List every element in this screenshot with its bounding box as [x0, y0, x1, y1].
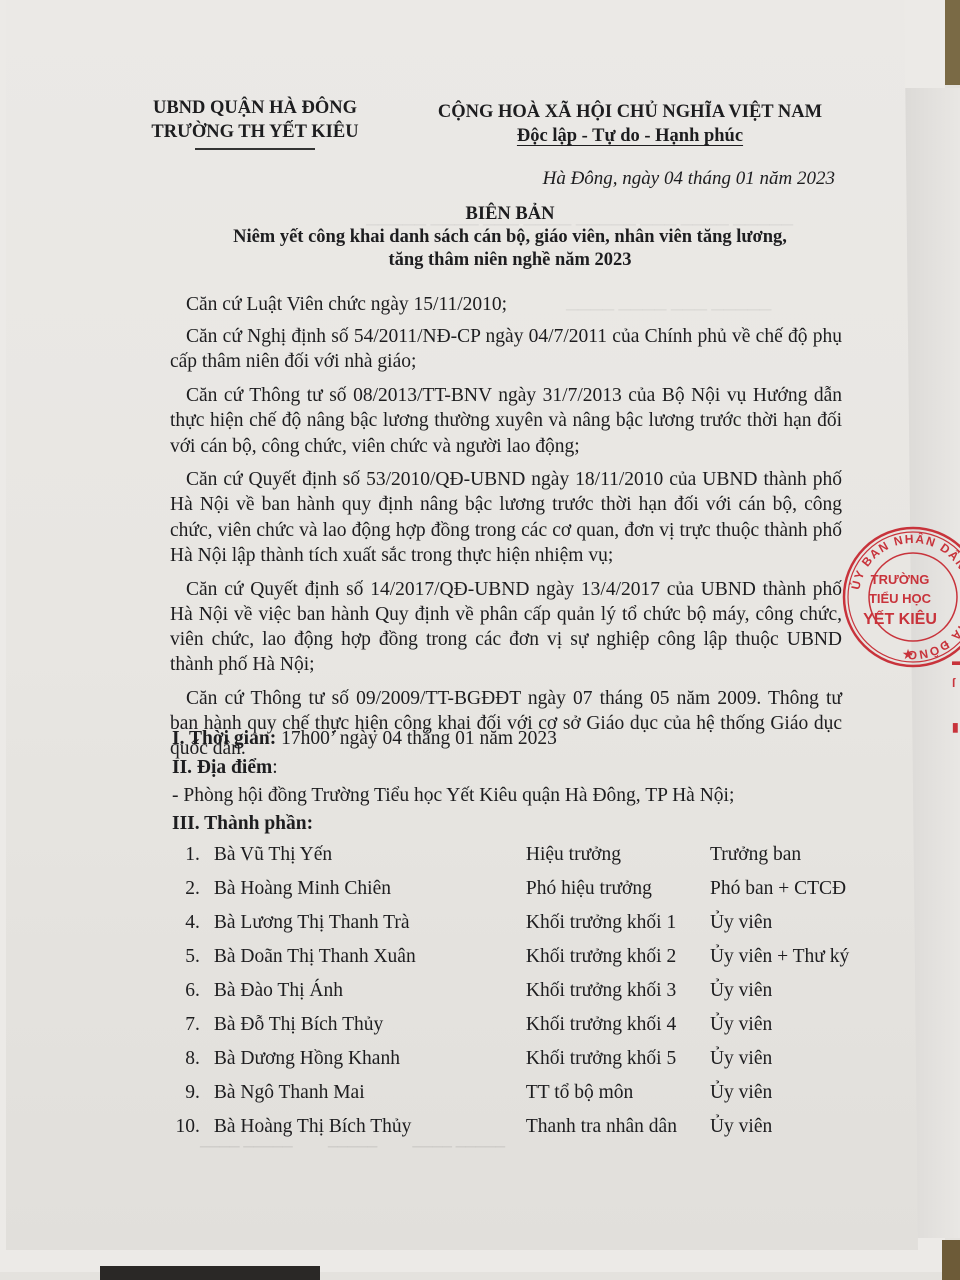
member-position: Khối trưởng khối 1	[526, 912, 710, 934]
member-row: 5.Bà Doãn Thị Thanh XuânKhối trưởng khối…	[165, 940, 865, 974]
nation-name: CỘNG HOÀ XÃ HỘI CHỦ NGHĨA VIỆT NAM	[410, 100, 850, 124]
members-list: 1.Bà Vũ Thị YếnHiệu trưởngTrưởng ban2.Bà…	[165, 838, 865, 1144]
subject-line-1: Niêm yết công khai danh sách cán bộ, giá…	[160, 226, 860, 249]
bleed-through-signatures: ───── ──── ───── ───── ────	[200, 1140, 505, 1156]
member-role: Ủy viên	[710, 912, 865, 934]
background-dark-object	[100, 1266, 320, 1280]
document-title: BIÊN BẢN Niêm yết công khai danh sách cá…	[160, 203, 860, 272]
member-role: Ủy viên	[710, 1048, 865, 1070]
doc-type: BIÊN BẢN	[160, 203, 860, 226]
time-value: 17h00’ ngày 04 tháng 01 năm 2023	[276, 728, 557, 749]
agency-underline	[195, 148, 315, 150]
stamp-line-3: YẾT KIÊU	[863, 609, 937, 628]
member-number: 1.	[165, 844, 206, 866]
member-row: 8.Bà Dương Hồng KhanhKhối trưởng khối 5Ủ…	[165, 1042, 865, 1076]
place-label: II. Địa điểm	[172, 757, 272, 778]
member-name: Bà Đỗ Thị Bích Thủy	[206, 1014, 526, 1036]
member-number: 5.	[165, 946, 206, 968]
member-number: 7.	[165, 1014, 206, 1036]
stamp-line-2: TIỂU HỌC	[869, 591, 932, 606]
section-place: II. Địa điểm:	[172, 757, 278, 779]
member-name: Bà Đào Thị Ánh	[206, 980, 526, 1002]
agency-line-1: UBND QUẬN HÀ ĐÔNG	[135, 96, 375, 120]
section-time: I. Thời gian: 17h00’ ngày 04 tháng 01 nă…	[172, 728, 557, 750]
member-role: Ủy viên + Thư ký	[710, 946, 865, 968]
member-row: 10.Bà Hoàng Thị Bích ThủyThanh tra nhân …	[165, 1110, 865, 1144]
stamp-star-icon: ★	[902, 648, 915, 663]
member-row: 1.Bà Vũ Thị YếnHiệu trưởngTrưởng ban	[165, 838, 865, 872]
member-number: 6.	[165, 980, 206, 1002]
member-position: Phó hiệu trưởng	[526, 878, 710, 900]
member-number: 4.	[165, 912, 206, 934]
member-number: 2.	[165, 878, 206, 900]
legal-basis: Căn cứ Thông tư số 08/2013/TT-BNV ngày 3…	[170, 383, 842, 459]
member-number: 8.	[165, 1048, 206, 1070]
member-name: Bà Hoàng Minh Chiên	[206, 878, 526, 900]
national-heading: CỘNG HOÀ XÃ HỘI CHỦ NGHĨA VIỆT NAM Độc l…	[410, 100, 850, 148]
section-members: III. Thành phần:	[172, 813, 313, 835]
legal-basis: Căn cứ Thông tư số 09/2009/TT-BGĐĐT ngày…	[170, 686, 842, 762]
member-row: 9.Bà Ngô Thanh MaiTT tổ bộ mônỦy viên	[165, 1076, 865, 1110]
member-name: Bà Lương Thị Thanh Trà	[206, 912, 526, 934]
stamp-line-1: TRƯỜNG	[871, 572, 930, 587]
member-position: Khối trưởng khối 3	[526, 980, 710, 1002]
place-value: - Phòng hội đồng Trường Tiểu học Yết Kiê…	[172, 785, 734, 807]
time-label: I. Thời gian:	[172, 728, 276, 749]
member-name: Bà Doãn Thị Thanh Xuân	[206, 946, 526, 968]
member-position: Khối trưởng khối 2	[526, 946, 710, 968]
background-table-corner	[942, 1240, 960, 1280]
place-colon: :	[272, 757, 277, 778]
member-row: 6.Bà Đào Thị ÁnhKhối trưởng khối 3Ủy viê…	[165, 974, 865, 1008]
member-position: Khối trưởng khối 4	[526, 1014, 710, 1036]
member-row: 2.Bà Hoàng Minh ChiênPhó hiệu trưởngPhó …	[165, 872, 865, 906]
member-name: Bà Hoàng Thị Bích Thủy	[206, 1116, 526, 1138]
member-role: Ủy viên	[710, 1116, 865, 1138]
member-row: 4.Bà Lương Thị Thanh TràKhối trưởng khối…	[165, 906, 865, 940]
issuing-agency: UBND QUẬN HÀ ĐÔNG TRƯỜNG TH YẾT KIÊU	[135, 96, 375, 150]
national-motto: Độc lập - Tự do - Hạnh phúc	[517, 126, 743, 146]
member-name: Bà Ngô Thanh Mai	[206, 1082, 526, 1104]
member-position: Thanh tra nhân dân	[526, 1116, 710, 1138]
legal-basis: Căn cứ Nghị định số 54/2011/NĐ-CP ngày 0…	[170, 324, 842, 374]
member-name: Bà Dương Hồng Khanh	[206, 1048, 526, 1070]
members-label: III. Thành phần:	[172, 813, 313, 834]
member-role: Ủy viên	[710, 980, 865, 1002]
member-role: Ủy viên	[710, 1014, 865, 1036]
member-role: Ủy viên	[710, 1082, 865, 1104]
member-row: 7.Bà Đỗ Thị Bích ThủyKhối trưởng khối 4Ủ…	[165, 1008, 865, 1042]
member-number: 10.	[165, 1116, 206, 1138]
member-name: Bà Vũ Thị Yến	[206, 844, 526, 866]
member-position: Hiệu trưởng	[526, 844, 710, 866]
legal-basis: Căn cứ Quyết định số 53/2010/QĐ-UBND ngà…	[170, 467, 842, 568]
legal-bases: Căn cứ Luật Viên chức ngày 15/11/2010; C…	[170, 292, 842, 770]
member-role: Phó ban + CTCĐ	[710, 878, 865, 900]
subject-line-2: tăng thâm niên nghề năm 2023	[160, 249, 860, 272]
member-position: Khối trưởng khối 5	[526, 1048, 710, 1070]
member-number: 9.	[165, 1082, 206, 1104]
place-date: Hà Đông, ngày 04 tháng 01 năm 2023	[490, 168, 835, 190]
legal-basis: Căn cứ Luật Viên chức ngày 15/11/2010;	[170, 292, 842, 317]
member-role: Trưởng ban	[710, 844, 865, 866]
school-seal-stamp: ỦY BAN NHÂN DÂN QUẬN HÀ ĐÔNG TRƯỜNG TIỂU…	[838, 522, 960, 672]
member-position: TT tổ bộ môn	[526, 1082, 710, 1104]
legal-basis: Căn cứ Quyết định số 14/2017/QĐ-UBND ngà…	[170, 577, 842, 678]
agency-line-2: TRƯỜNG TH YẾT KIÊU	[135, 120, 375, 144]
